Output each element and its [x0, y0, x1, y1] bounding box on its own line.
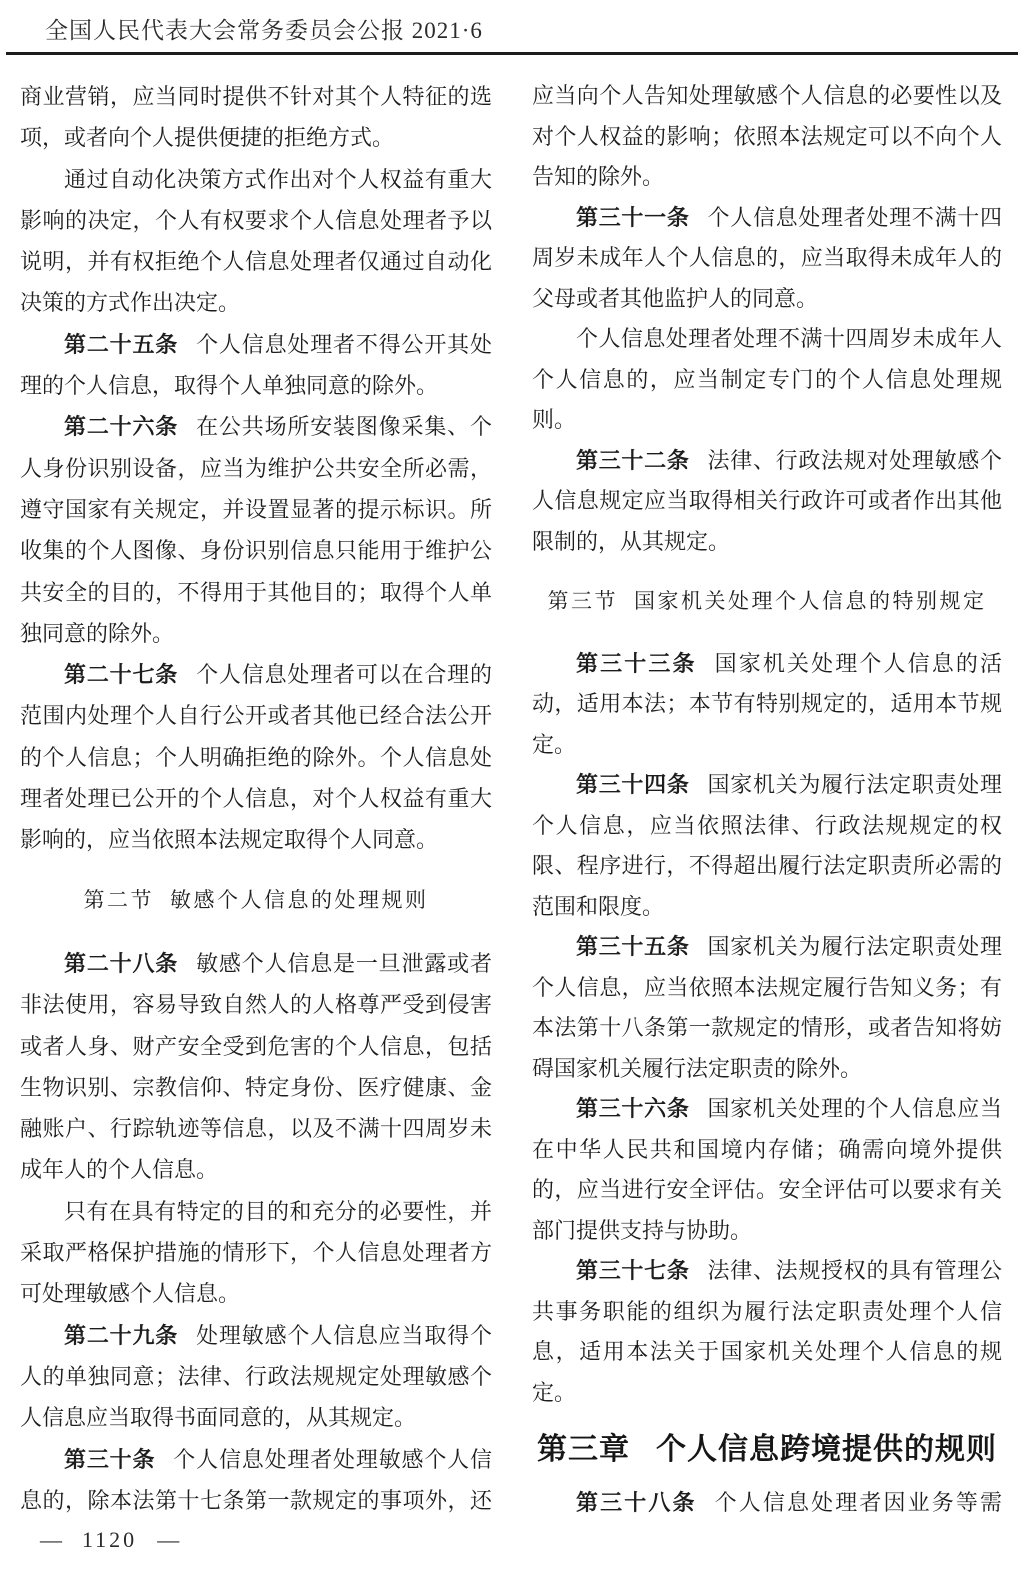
line-text: 个人信息处理者因业务等需: [715, 1490, 1002, 1515]
line-text: 法律、法规授权的具有管理公: [708, 1258, 1002, 1283]
text-line: 只有在具有特定的目的和充分的必要性，并: [20, 1191, 492, 1232]
article-first-line: 第三十一条个人信息处理者处理不满十四: [532, 198, 1002, 239]
column-right: 应当向个人告知处理敏感个人信息的必要性以及对个人权益的影响；依照本法规定可以不向…: [532, 76, 1002, 1524]
article-first-line: 第二十七条个人信息处理者可以在合理的: [20, 654, 492, 695]
text-line: 限制的，从其规定。: [532, 522, 1002, 563]
text-line: 遵守国家有关规定，并设置显著的提示标识。所: [20, 489, 492, 530]
text-line: 范围内处理个人自行公开或者其他已经合法公开: [20, 695, 492, 736]
page-number: 1120: [82, 1527, 137, 1552]
article-number: 第二十五条: [64, 332, 196, 357]
header-rule: [6, 52, 1018, 55]
text-line: 动，适用本法；本节有特别规定的，适用本节规: [532, 684, 1002, 725]
text-line: 部门提供支持与协助。: [532, 1211, 1002, 1252]
line-text: 个人信息处理者不得公开其处: [196, 332, 492, 357]
article-number: 第三十四条: [576, 772, 708, 797]
article-number: 第二十九条: [64, 1323, 196, 1348]
article-first-line: 第三十三条国家机关处理个人信息的活: [532, 644, 1002, 685]
gazette-title: 全国人民代表大会常务委员会公报 2021·6: [45, 16, 483, 46]
page-footer: —1120—: [40, 1527, 179, 1553]
article-number: 第二十七条: [64, 662, 196, 687]
text-line: 定。: [532, 1373, 1002, 1414]
column-left: 商业营销，应当同时提供不针对其个人特征的选项，或者向个人提供便捷的拒绝方式。通过…: [20, 76, 492, 1521]
chapter-heading: 第三章个人信息跨境提供的规则: [532, 1425, 1002, 1475]
text-line: 或者人身、财产安全受到危害的个人信息，包括: [20, 1026, 492, 1067]
text-line: 采取严格保护措施的情形下，个人信息处理者方: [20, 1232, 492, 1273]
line-text: 国家机关为履行法定职责处理: [708, 934, 1002, 959]
text-line: 个人信息处理者处理不满十四周岁未成年人: [532, 319, 1002, 360]
text-line: 影响的决定，个人有权要求个人信息处理者予以: [20, 200, 492, 241]
line-text: 国家机关处理个人信息的特别规定: [634, 589, 987, 613]
text-line: 非法使用，容易导致自然人的人格尊严受到侵害: [20, 984, 492, 1025]
article-first-line: 第二十八条敏感个人信息是一旦泄露或者: [20, 943, 492, 984]
text-line: 决策的方式作出决定。: [20, 282, 492, 323]
line-text: 个人信息处理者可以在合理的: [196, 662, 492, 687]
heading-number: 第三节: [548, 589, 619, 613]
text-line: 理的个人信息，取得个人单独同意的除外。: [20, 365, 492, 406]
text-line: 限、程序进行，不得超出履行法定职责所必需的: [532, 846, 1002, 887]
article-first-line: 第三十七条法律、法规授权的具有管理公: [532, 1251, 1002, 1292]
line-text: 在公共场所安装图像采集、个: [196, 414, 492, 439]
text-line: 息的，除本法第十七条第一款规定的事项外，还: [20, 1480, 492, 1521]
text-line: 通过自动化决策方式作出对个人权益有重大: [20, 159, 492, 200]
text-line: 的个人信息；个人明确拒绝的除外。个人信息处: [20, 737, 492, 778]
text-line: 应当向个人告知处理敏感个人信息的必要性以及: [532, 76, 1002, 117]
heading-number: 第三章: [537, 1433, 630, 1466]
text-line: 人身份识别设备，应当为维护公共安全所必需，: [20, 448, 492, 489]
section-heading: 第三节国家机关处理个人信息的特别规定: [532, 581, 1002, 622]
section-heading: 第二节敏感个人信息的处理规则: [20, 880, 492, 921]
text-line: 在中华人民共和国境内存储；确需向境外提供: [532, 1130, 1002, 1171]
line-text: 敏感个人信息是一旦泄露或者: [196, 951, 492, 976]
text-line: 独同意的除外。: [20, 613, 492, 654]
line-text: 国家机关处理的个人信息应当: [708, 1096, 1002, 1121]
text-line: 人的单独同意；法律、行政法规规定处理敏感个: [20, 1356, 492, 1397]
text-line: 个人信息的，应当制定专门的个人信息处理规: [532, 360, 1002, 401]
article-first-line: 第二十五条个人信息处理者不得公开其处: [20, 324, 492, 365]
article-number: 第三十三条: [576, 651, 715, 676]
text-line: 人信息应当取得书面同意的，从其规定。: [20, 1397, 492, 1438]
line-text: 法律、行政法规对处理敏感个: [708, 448, 1002, 473]
text-line: 周岁未成年人个人信息的，应当取得未成年人的: [532, 238, 1002, 279]
line-text: 个人信息处理者处理敏感个人信: [173, 1447, 492, 1472]
text-line: 商业营销，应当同时提供不针对其个人特征的选: [20, 76, 492, 117]
article-number: 第三十条: [64, 1447, 173, 1472]
footer-dash-left: —: [40, 1527, 62, 1552]
text-line: 生物识别、宗教信仰、特定身份、医疗健康、金: [20, 1067, 492, 1108]
article-number: 第三十一条: [576, 205, 708, 230]
text-line: 共事务职能的组织为履行法定职责处理个人信: [532, 1292, 1002, 1333]
text-line: 告知的除外。: [532, 157, 1002, 198]
text-line: 对个人权益的影响；依照本法规定可以不向个人: [532, 117, 1002, 158]
text-line: 定。: [532, 725, 1002, 766]
text-line: 收集的个人图像、身份识别信息只能用于维护公: [20, 530, 492, 571]
text-line: 成年人的个人信息。: [20, 1149, 492, 1190]
text-line: 息，适用本法关于国家机关处理个人信息的规: [532, 1332, 1002, 1373]
text-line: 则。: [532, 400, 1002, 441]
text-line: 范围和限度。: [532, 887, 1002, 928]
article-first-line: 第三十六条国家机关处理的个人信息应当: [532, 1089, 1002, 1130]
text-line: 融账户、行踪轨迹等信息，以及不满十四周岁未: [20, 1108, 492, 1149]
article-first-line: 第三十五条国家机关为履行法定职责处理: [532, 927, 1002, 968]
article-number: 第二十六条: [64, 414, 196, 439]
article-number: 第三十二条: [576, 448, 708, 473]
article-first-line: 第三十四条国家机关为履行法定职责处理: [532, 765, 1002, 806]
article-number: 第三十五条: [576, 934, 708, 959]
text-line: 人信息规定应当取得相关行政许可或者作出其他: [532, 481, 1002, 522]
footer-dash-right: —: [157, 1527, 179, 1552]
text-line: 碍国家机关履行法定职责的除外。: [532, 1049, 1002, 1090]
line-text: 处理敏感个人信息应当取得个: [196, 1323, 492, 1348]
line-text: 个人信息处理者处理不满十四: [708, 205, 1002, 230]
article-first-line: 第三十二条法律、行政法规对处理敏感个: [532, 441, 1002, 482]
article-number: 第二十八条: [64, 951, 196, 976]
article-number: 第三十六条: [576, 1096, 708, 1121]
article-number: 第三十七条: [576, 1258, 708, 1283]
text-line: 理者处理已公开的个人信息，对个人权益有重大: [20, 778, 492, 819]
text-line: 父母或者其他监护人的同意。: [532, 279, 1002, 320]
text-line: 项，或者向个人提供便捷的拒绝方式。: [20, 117, 492, 158]
text-line: 影响的，应当依照本法规定取得个人同意。: [20, 819, 492, 860]
article-first-line: 第二十六条在公共场所安装图像采集、个: [20, 406, 492, 447]
line-text: 敏感个人信息的处理规则: [170, 888, 429, 912]
heading-number: 第二节: [84, 888, 155, 912]
text-line: 可处理敏感个人信息。: [20, 1273, 492, 1314]
text-line: 说明，并有权拒绝个人信息处理者仅通过自动化: [20, 241, 492, 282]
text-line: 个人信息，应当依照本法规定履行告知义务；有: [532, 968, 1002, 1009]
article-first-line: 第三十八条个人信息处理者因业务等需: [532, 1483, 1002, 1524]
text-line: 的，应当进行安全评估。安全评估可以要求有关: [532, 1170, 1002, 1211]
line-text: 个人信息跨境提供的规则: [656, 1433, 997, 1466]
text-line: 本法第十八条第一款规定的情形，或者告知将妨: [532, 1008, 1002, 1049]
article-first-line: 第二十九条处理敏感个人信息应当取得个: [20, 1315, 492, 1356]
line-text: 国家机关为履行法定职责处理: [708, 772, 1002, 797]
article-number: 第三十八条: [576, 1490, 715, 1515]
text-line: 个人信息，应当依照法律、行政法规规定的权: [532, 806, 1002, 847]
text-line: 共安全的目的，不得用于其他目的；取得个人单: [20, 572, 492, 613]
line-text: 国家机关处理个人信息的活: [715, 651, 1002, 676]
article-first-line: 第三十条个人信息处理者处理敏感个人信: [20, 1439, 492, 1480]
gazette-page: 全国人民代表大会常务委员会公报 2021·6 商业营销，应当同时提供不针对其个人…: [0, 0, 1024, 1576]
